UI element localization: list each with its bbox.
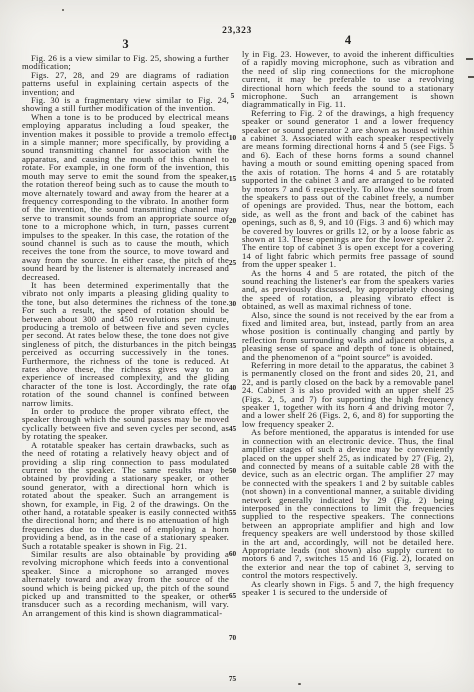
scan-artifact [468, 76, 474, 78]
paragraph: Referring to Fig. 2 of the drawings, a h… [242, 109, 454, 269]
paragraph: Figs. 27, 28, and 29 are diagrams of rad… [22, 71, 229, 96]
paragraph: It has been determined experimentally th… [22, 281, 229, 407]
column-number-right: 4 [242, 33, 454, 48]
paragraph: Fig. 30 is a fragmentary view similar to… [22, 96, 229, 113]
paragraph: Similar results are also obtainable by p… [22, 550, 229, 617]
scan-artifact [466, 58, 473, 60]
patent-page: 23,323 3 4 5 10 15 20 25 30 35 40 45 50 … [0, 0, 474, 692]
column-number-left: 3 [22, 37, 229, 52]
scan-artifact [62, 9, 64, 11]
paragraph: Fig. 26 is a view similar to Fig. 25, sh… [22, 54, 229, 71]
text-column-right: ly in Fig. 23. However, to avoid the inh… [242, 50, 454, 678]
paragraph: As the horns 4 and 5 are rotated, the pi… [242, 269, 454, 311]
paragraph: Referring in more detail to the apparatu… [242, 361, 454, 428]
paragraph: When a tone is to be produced by electri… [22, 113, 229, 281]
paragraph: A rotatable speaker has certain drawback… [22, 441, 229, 550]
scan-artifact [298, 683, 301, 685]
paragraph: As before mentioned, the apparatus is in… [242, 428, 454, 579]
paragraph: ly in Fig. 23. However, to avoid the inh… [242, 50, 454, 109]
paragraph: Also, since the sound is not received by… [242, 311, 454, 361]
paragraph: In order to produce the proper vibrato e… [22, 407, 229, 441]
text-column-left: Fig. 26 is a view similar to Fig. 25, sh… [22, 54, 229, 678]
paragraph: As clearly shown in Figs. 5 and 7, the h… [242, 580, 454, 597]
